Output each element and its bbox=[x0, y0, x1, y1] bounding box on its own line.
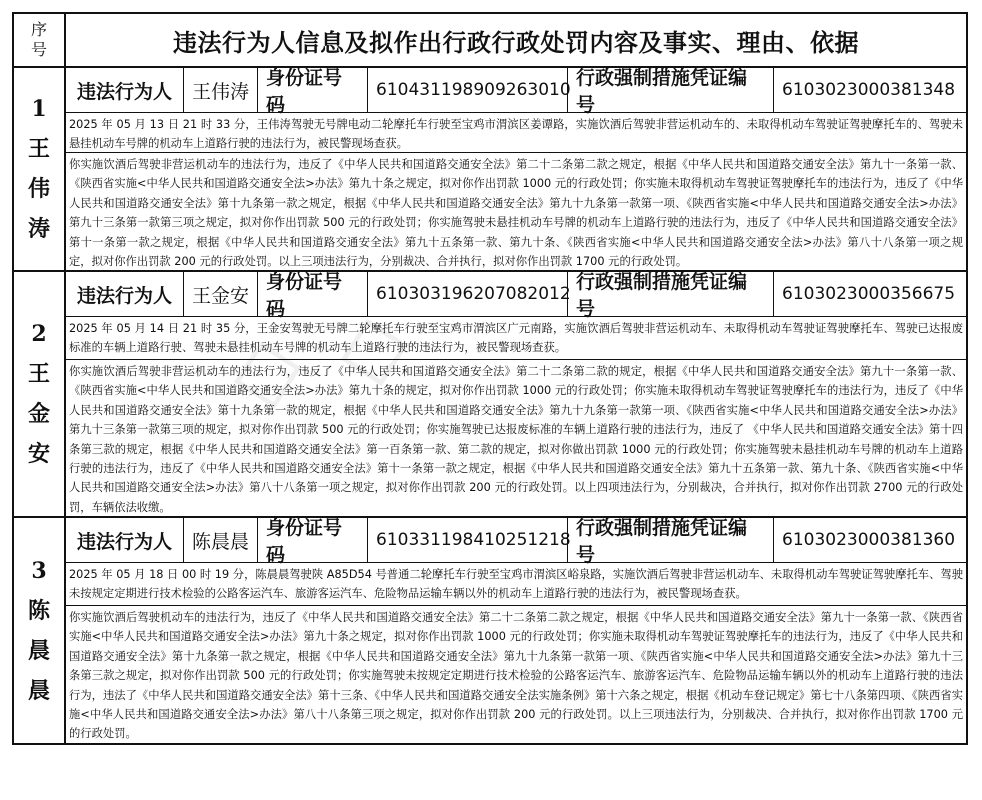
offender-info-row: 违法行为人 王伟涛 身份证号码 610431198909263010 行政强制措… bbox=[66, 68, 966, 113]
record-seq-name: 2 王 金 安 bbox=[14, 272, 66, 516]
voucher-label: 行政强制措施凭证编号 bbox=[568, 272, 774, 316]
voucher-label: 行政强制措施凭证编号 bbox=[568, 68, 774, 112]
seq-header: 序 号 bbox=[14, 14, 66, 66]
offender-name: 王金安 bbox=[184, 272, 258, 316]
record-row: 2 王 金 安 违法行为人 王金安 身份证号码 6103031962070820… bbox=[14, 272, 966, 518]
basis-paragraph: 你实施饮酒后驾驶非营运机动车的违法行为，违反了《中华人民共和国道路交通安全法》第… bbox=[66, 153, 966, 270]
facts-paragraph: 2025 年 05 月 13 日 21 时 33 分，王伟涛驾驶无号牌电动二轮摩… bbox=[66, 113, 966, 153]
id-number-value: 610431198909263010 bbox=[368, 68, 568, 112]
table-title: 违法行为人信息及拟作出行政行政处罚内容及事实、理由、依据 bbox=[66, 14, 966, 66]
offender-name: 王伟涛 bbox=[184, 68, 258, 112]
basis-paragraph: 你实施饮酒后驾驶非营运机动车的违法行为，违反了《中华人民共和国道路交通安全法》第… bbox=[66, 360, 966, 516]
basis-paragraph: 你实施饮酒后驾驶机动车的违法行为，违反了《中华人民共和国道路交通安全法》第二十二… bbox=[66, 606, 966, 743]
voucher-number: 6103023000381348 bbox=[774, 68, 966, 112]
id-number-value: 610303196207082012 bbox=[368, 272, 568, 316]
offender-label: 违法行为人 bbox=[66, 272, 184, 316]
record-row: 3 陈 晨 晨 违法行为人 陈晨晨 身份证号码 6103311984102512… bbox=[14, 518, 966, 743]
record-seq-name: 3 陈 晨 晨 bbox=[14, 518, 66, 743]
voucher-number: 6103023000381360 bbox=[774, 518, 966, 562]
offender-label: 违法行为人 bbox=[66, 518, 184, 562]
record-seq-name: 1 王 伟 涛 bbox=[14, 68, 66, 270]
table-header: 序 号 违法行为人信息及拟作出行政行政处罚内容及事实、理由、依据 bbox=[14, 14, 966, 68]
facts-paragraph: 2025 年 05 月 14 日 21 时 35 分，王金安驾驶无号牌二轮摩托车… bbox=[66, 317, 966, 360]
facts-paragraph: 2025 年 05 月 18 日 00 时 19 分，陈晨晨驾驶陕 A85D54… bbox=[66, 563, 966, 606]
offender-name: 陈晨晨 bbox=[184, 518, 258, 562]
penalty-table: 序 号 违法行为人信息及拟作出行政行政处罚内容及事实、理由、依据 1 王 伟 涛… bbox=[12, 12, 968, 745]
offender-info-row: 违法行为人 陈晨晨 身份证号码 610331198410251218 行政强制措… bbox=[66, 518, 966, 563]
offender-info-row: 违法行为人 王金安 身份证号码 610303196207082012 行政强制措… bbox=[66, 272, 966, 317]
id-number-label: 身份证号码 bbox=[258, 272, 368, 316]
id-number-label: 身份证号码 bbox=[258, 518, 368, 562]
record-row: 1 王 伟 涛 违法行为人 王伟涛 身份证号码 6104311989092630… bbox=[14, 68, 966, 272]
voucher-label: 行政强制措施凭证编号 bbox=[568, 518, 774, 562]
offender-label: 违法行为人 bbox=[66, 68, 184, 112]
id-number-value: 610331198410251218 bbox=[368, 518, 568, 562]
voucher-number: 6103023000356675 bbox=[774, 272, 966, 316]
id-number-label: 身份证号码 bbox=[258, 68, 368, 112]
